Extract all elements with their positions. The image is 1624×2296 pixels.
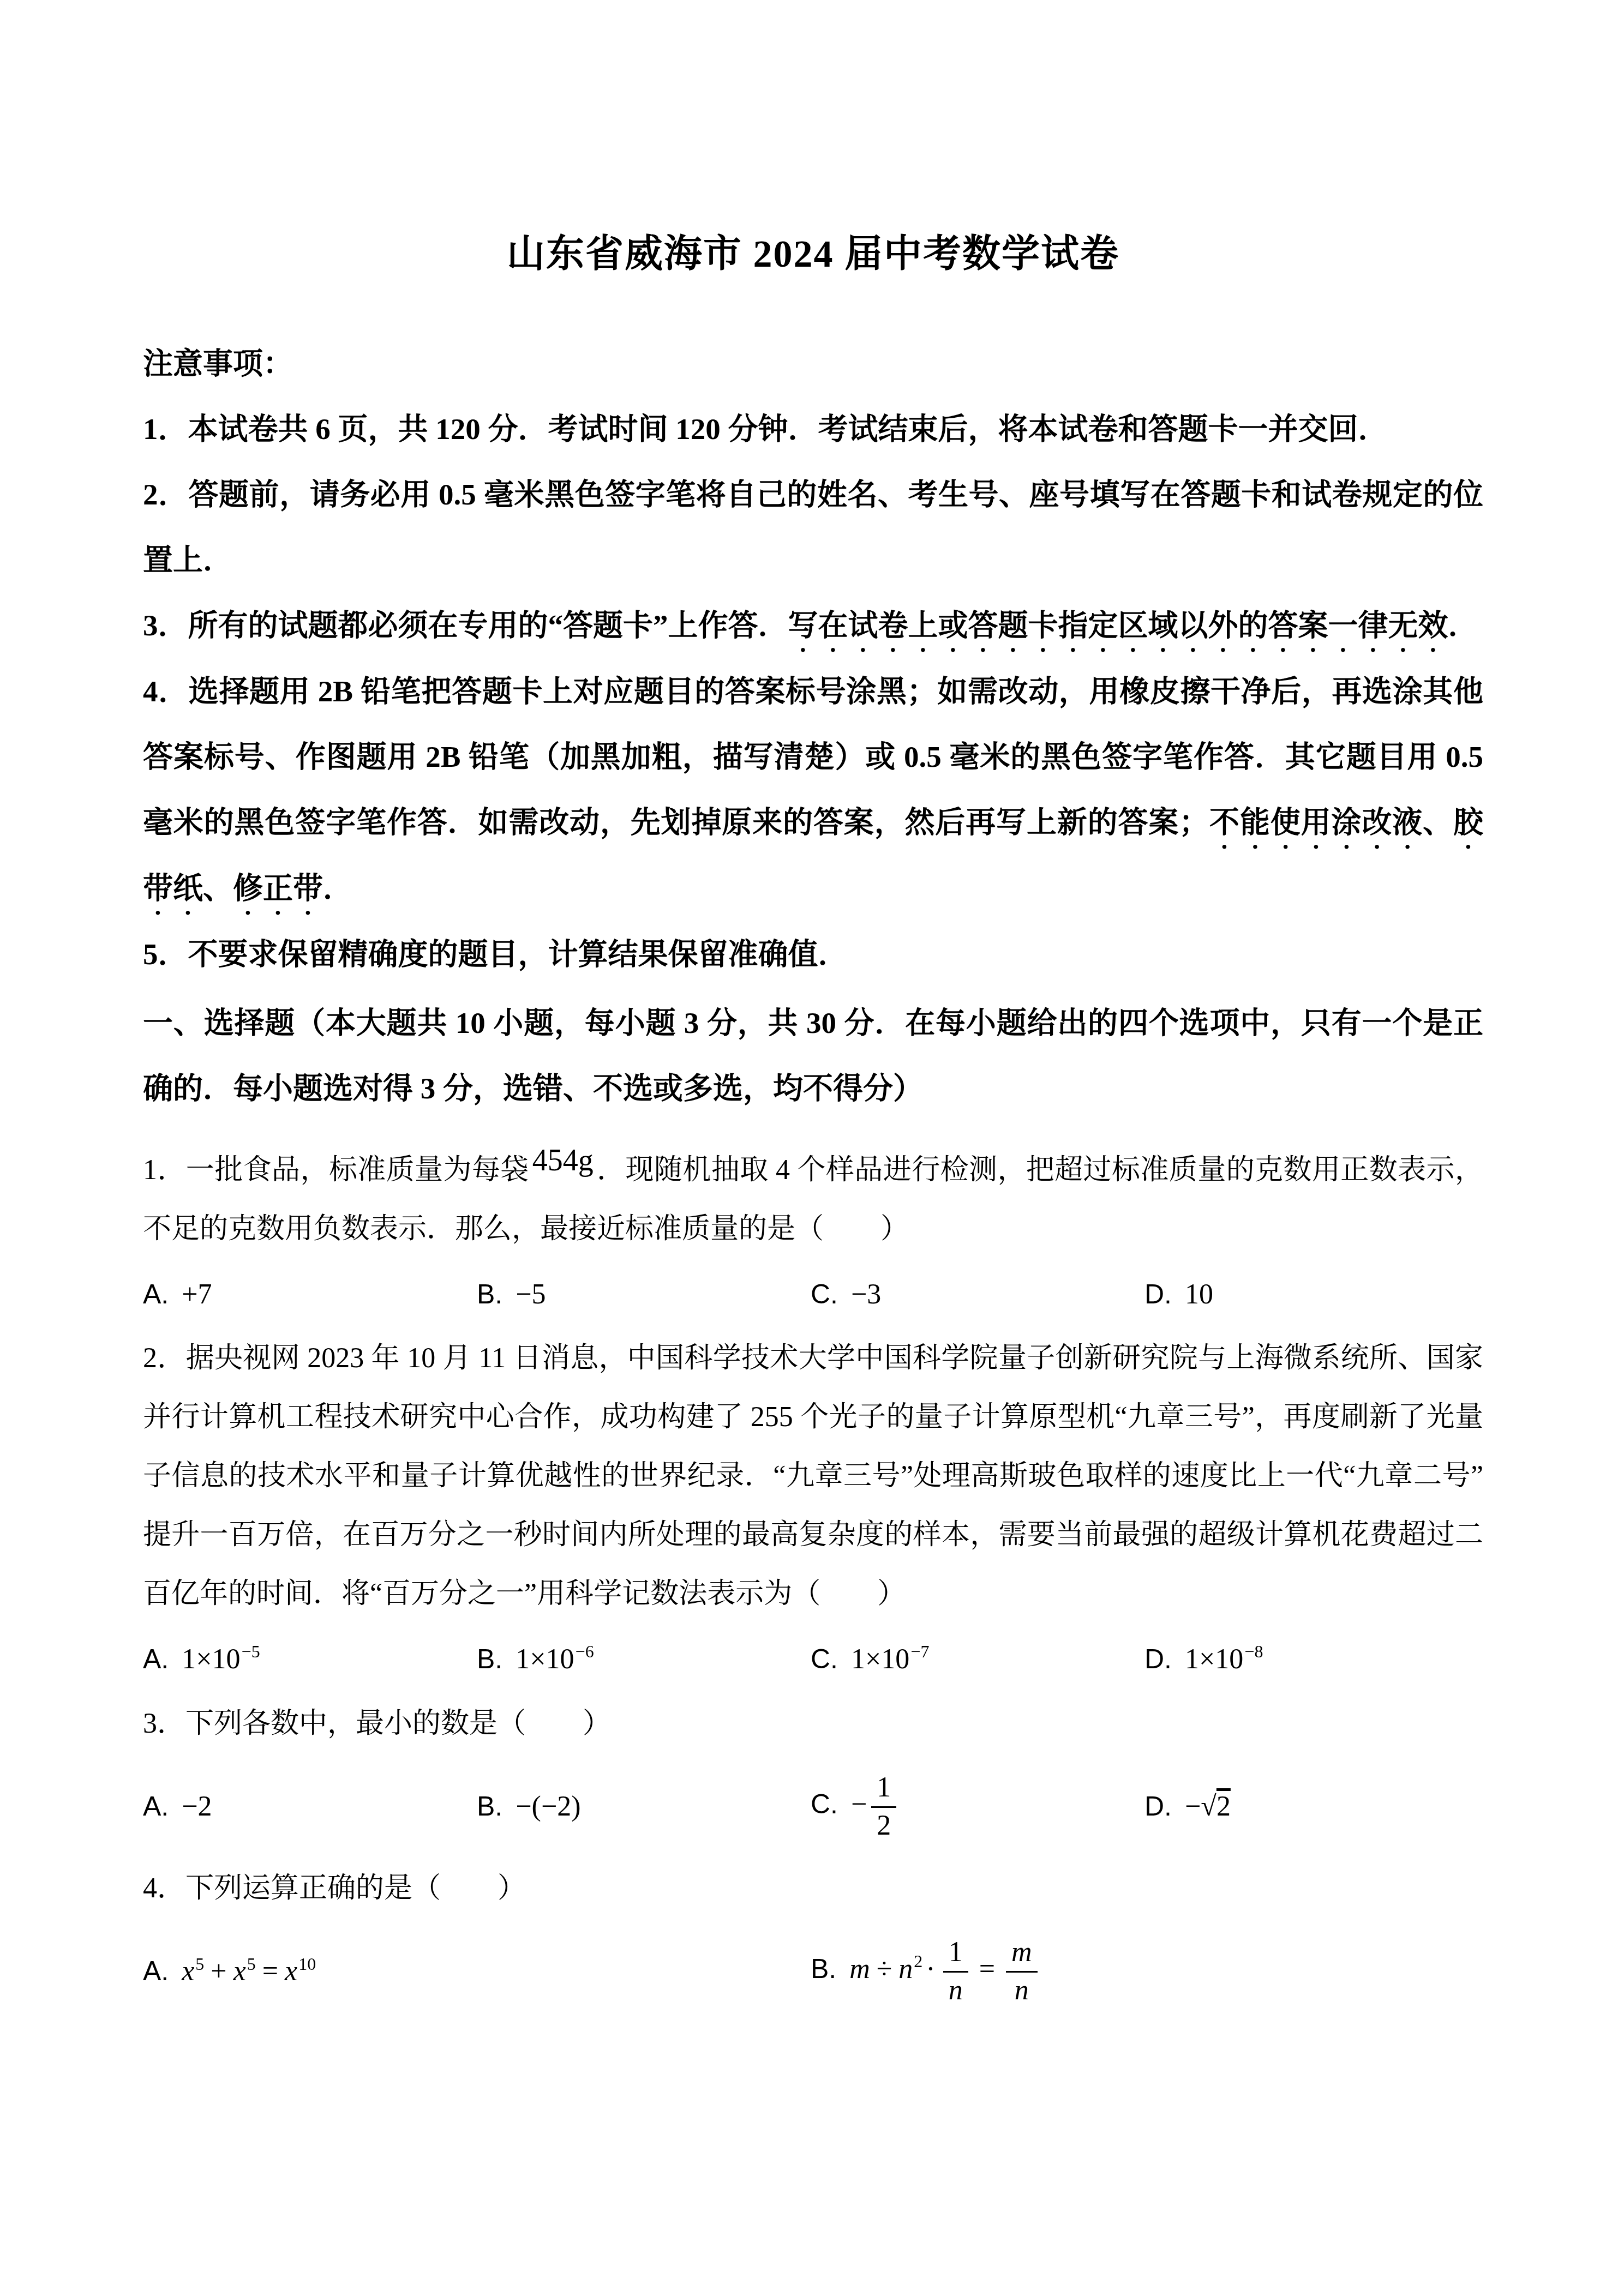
exponent: −8 bbox=[1244, 1642, 1263, 1661]
option-value: −2 bbox=[182, 1791, 212, 1822]
notice-item-1: 1．本试卷共 6 页，共 120 分．考试时间 120 分钟．考试结束后，将本试… bbox=[143, 396, 1483, 462]
question-4-stem: 4．下列运算正确的是（ ） bbox=[143, 1859, 1483, 1918]
question-2-option-d: D.1×10−8 bbox=[1144, 1643, 1478, 1676]
option-label: A. bbox=[143, 1791, 169, 1822]
option-label: C. bbox=[811, 1279, 838, 1309]
question-3-option-a: A.−2 bbox=[143, 1790, 477, 1823]
variable: m bbox=[849, 1954, 870, 1985]
fraction-denominator: 2 bbox=[877, 1808, 891, 1841]
fraction-denominator: n bbox=[949, 1973, 963, 2006]
mantissa: 1×10 bbox=[1185, 1644, 1243, 1675]
page-title: 山东省威海市 2024 届中考数学试卷 bbox=[143, 229, 1483, 281]
notice-item-5: 5．不要求保留精确度的题目，计算结果保留准确值． bbox=[143, 922, 1483, 987]
radical-sign: −√ bbox=[1185, 1791, 1216, 1822]
fraction: mn bbox=[1006, 1938, 1038, 2005]
exponent: −6 bbox=[576, 1642, 594, 1661]
divide-operator: ÷ bbox=[877, 1954, 892, 1985]
question-1-option-c: C.−3 bbox=[811, 1278, 1144, 1311]
option-label: D. bbox=[1144, 1279, 1172, 1309]
exponent: −7 bbox=[910, 1642, 929, 1661]
option-value: −5 bbox=[516, 1279, 546, 1310]
option-label: B. bbox=[477, 1279, 502, 1309]
exponent: 5 bbox=[247, 1954, 256, 1974]
option-label: B. bbox=[477, 1791, 502, 1822]
notice-item-3-emphasized: 写在试卷上或答题卡指定区域以外的答案一律无效 bbox=[788, 609, 1448, 642]
section-1-heading: 一、选择题（本大题共 10 小题，每小题 3 分，共 30 分．在每小题给出的四… bbox=[143, 990, 1483, 1121]
variable: x bbox=[182, 1956, 194, 1987]
option-label: C. bbox=[811, 1644, 838, 1674]
notice-item-3-period: ． bbox=[1448, 609, 1478, 642]
option-label: A. bbox=[143, 1644, 169, 1674]
question-4-options: A.x5+x5=x10 B.m÷n2·1n=mn bbox=[143, 1938, 1483, 2005]
option-value: −√2 bbox=[1185, 1791, 1231, 1822]
option-label: D. bbox=[1144, 1644, 1172, 1674]
fraction-denominator: n bbox=[1015, 1973, 1029, 2006]
question-3-option-c: C.−12 bbox=[811, 1773, 1144, 1841]
option-label: A. bbox=[143, 1279, 169, 1309]
notes-heading: 注意事项： bbox=[143, 331, 1483, 396]
notice-item-3-text: 3．所有的试题都必须在专用的“答题卡”上作答． bbox=[143, 609, 788, 642]
fraction-numerator: 1 bbox=[871, 1773, 896, 1808]
option-value: −12 bbox=[851, 1789, 901, 1820]
option-value: 10 bbox=[1185, 1279, 1213, 1310]
plus-operator: + bbox=[211, 1956, 226, 1987]
option-label: B. bbox=[477, 1644, 502, 1674]
notice-item-4-period: ． bbox=[323, 871, 353, 905]
question-2-option-c: C.1×10−7 bbox=[811, 1643, 1144, 1676]
question-3-options: A.−2 B.−(−2) C.−12 D.−√2 bbox=[143, 1773, 1483, 1841]
variable: n bbox=[898, 1954, 913, 1985]
variable: x bbox=[233, 1956, 246, 1987]
option-value: 1×10−8 bbox=[1185, 1644, 1263, 1675]
question-3-stem: 3．下列各数中，最小的数是（ ） bbox=[143, 1694, 1483, 1753]
mantissa: 1×10 bbox=[851, 1644, 909, 1675]
option-value: +7 bbox=[182, 1279, 212, 1310]
notice-item-2: 2．答题前，请务必用 0.5 毫米黑色签字笔将自己的姓名、考生号、座号填写在答题… bbox=[143, 462, 1483, 593]
option-label: B. bbox=[811, 1954, 836, 1984]
exponent: 5 bbox=[195, 1954, 204, 1974]
option-value: m÷n2·1n=mn bbox=[849, 1954, 1041, 1985]
exam-page: 山东省威海市 2024 届中考数学试卷 注意事项： 1．本试卷共 6 页，共 1… bbox=[0, 0, 1624, 2296]
question-1-options: A.+7 B.−5 C.−3 D.10 bbox=[143, 1278, 1483, 1311]
option-value: −3 bbox=[851, 1279, 881, 1310]
question-1-inline-math: 454g bbox=[532, 1144, 594, 1177]
mantissa: 1×10 bbox=[182, 1644, 240, 1675]
question-3-option-d: D.−√2 bbox=[1144, 1790, 1478, 1823]
option-value: 1×10−5 bbox=[182, 1644, 260, 1675]
exponent: −5 bbox=[242, 1642, 260, 1661]
question-1-option-b: B.−5 bbox=[477, 1278, 811, 1311]
option-value: 1×10−6 bbox=[516, 1644, 594, 1675]
mantissa: 1×10 bbox=[516, 1644, 574, 1675]
question-2-stem: 2．据央视网 2023 年 10 月 11 日消息，中国科学技术大学中国科学院量… bbox=[143, 1329, 1483, 1624]
question-2-options: A.1×10−5 B.1×10−6 C.1×10−7 D.1×10−8 bbox=[143, 1643, 1483, 1676]
minus-sign: − bbox=[851, 1789, 867, 1820]
equals-sign: = bbox=[262, 1956, 278, 1987]
equals-sign: = bbox=[979, 1954, 995, 1985]
question-4-option-a: A.x5+x5=x10 bbox=[143, 1955, 811, 1988]
dot-operator: · bbox=[926, 1954, 935, 1985]
question-1-text-pre: 1．一批食品，标准质量为每袋 bbox=[143, 1155, 529, 1186]
option-value: 1×10−7 bbox=[851, 1644, 929, 1675]
option-value: −(−2) bbox=[516, 1791, 580, 1822]
question-4-option-b: B.m÷n2·1n=mn bbox=[811, 1938, 1144, 2005]
exponent: 10 bbox=[298, 1954, 316, 1974]
page-content: 山东省威海市 2024 届中考数学试卷 注意事项： 1．本试卷共 6 页，共 1… bbox=[0, 229, 1624, 2005]
fraction: 12 bbox=[871, 1773, 896, 1841]
fraction: 1n bbox=[943, 1938, 968, 2005]
question-2-option-b: B.1×10−6 bbox=[477, 1643, 811, 1676]
option-label: C. bbox=[811, 1789, 838, 1819]
question-1-stem: 1．一批食品，标准质量为每袋454g．现随机抽取 4 个样品进行检测，把超过标准… bbox=[143, 1140, 1483, 1259]
question-1-option-a: A.+7 bbox=[143, 1278, 477, 1311]
radicand: 2 bbox=[1216, 1791, 1231, 1822]
fraction-numerator: 1 bbox=[943, 1938, 968, 1973]
question-2-option-a: A.1×10−5 bbox=[143, 1643, 477, 1676]
question-1-option-d: D.10 bbox=[1144, 1278, 1478, 1311]
option-label: D. bbox=[1144, 1791, 1172, 1822]
option-label: A. bbox=[143, 1956, 169, 1986]
notice-item-4: 4．选择题用 2B 铅笔把答题卡上对应题目的答案标号涂黑；如需改动，用橡皮擦干净… bbox=[143, 659, 1483, 922]
variable: x bbox=[285, 1956, 297, 1987]
question-3-option-b: B.−(−2) bbox=[477, 1790, 811, 1823]
fraction-numerator: m bbox=[1006, 1938, 1038, 1973]
notice-item-3: 3．所有的试题都必须在专用的“答题卡”上作答．写在试卷上或答题卡指定区域以外的答… bbox=[143, 593, 1483, 659]
option-value: x5+x5=x10 bbox=[182, 1956, 316, 1987]
exponent: 2 bbox=[914, 1951, 922, 1971]
